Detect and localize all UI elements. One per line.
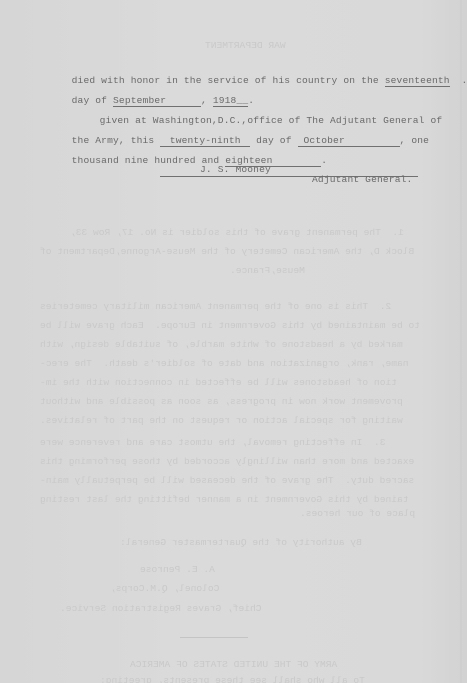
bleed-line: A. E. Penrose — [140, 564, 215, 576]
bleed-line: Meuse,France. — [230, 265, 305, 277]
death-day-field: seventeenth — [385, 76, 450, 87]
bleed-line: waiting for special action or request on… — [40, 415, 403, 427]
bleed-line: By authority of the Quartermaster Genera… — [120, 537, 362, 549]
document-page: WAR DEPARTMENT 1. The permanent grave of… — [0, 0, 467, 683]
signature-name: J. S. Mooney — [200, 164, 271, 176]
bleed-header: WAR DEPARTMENT — [205, 40, 286, 52]
bleed-line: 1. The permanent grave of this soldier i… — [70, 227, 404, 239]
bleed-divider — [180, 637, 248, 638]
bleed-line: tained by this Government in a manner be… — [40, 494, 408, 506]
bleed-line: tion of headstones will be effected in c… — [40, 377, 397, 389]
bleed-line: Colonel, Q.M.Corps, — [110, 583, 219, 595]
bleed-line: marked by a headstone of white marble, o… — [40, 339, 403, 351]
bleed-line: ARMY OF THE UNITED STATES OF AMERICA — [130, 659, 337, 671]
line1-end: . — [450, 75, 467, 86]
signature-title: Adjutant General. — [312, 174, 412, 186]
bleed-line: 3. In effecting removal, the utmost care… — [40, 437, 385, 449]
line4-end: , one — [400, 135, 430, 146]
line5-end: . — [321, 155, 327, 166]
page-edge-shadow — [460, 0, 462, 683]
bleed-line: 2. This is one of the permanent American… — [40, 301, 391, 313]
bleed-line: name, rank, organization and date of sol… — [40, 358, 408, 370]
bleed-line: Block D, the American Cemetery of the Me… — [40, 246, 414, 258]
bleed-line: place of our heroes. — [300, 508, 415, 520]
text-line-5: thousand nine hundred and eighteen. — [48, 143, 327, 179]
bleed-line: sacred duty. The grave of the deceased w… — [40, 475, 414, 487]
bleed-line: to be maintained by this Government in E… — [40, 320, 420, 332]
bleed-line: provement work now in progress, as soon … — [40, 396, 403, 408]
bleed-line: To all who shall see these presents, gre… — [100, 675, 365, 683]
bleed-line: Chief, Graves Registration Service. — [60, 603, 262, 615]
bleed-line: exacted and more than willingly accorded… — [40, 456, 414, 468]
